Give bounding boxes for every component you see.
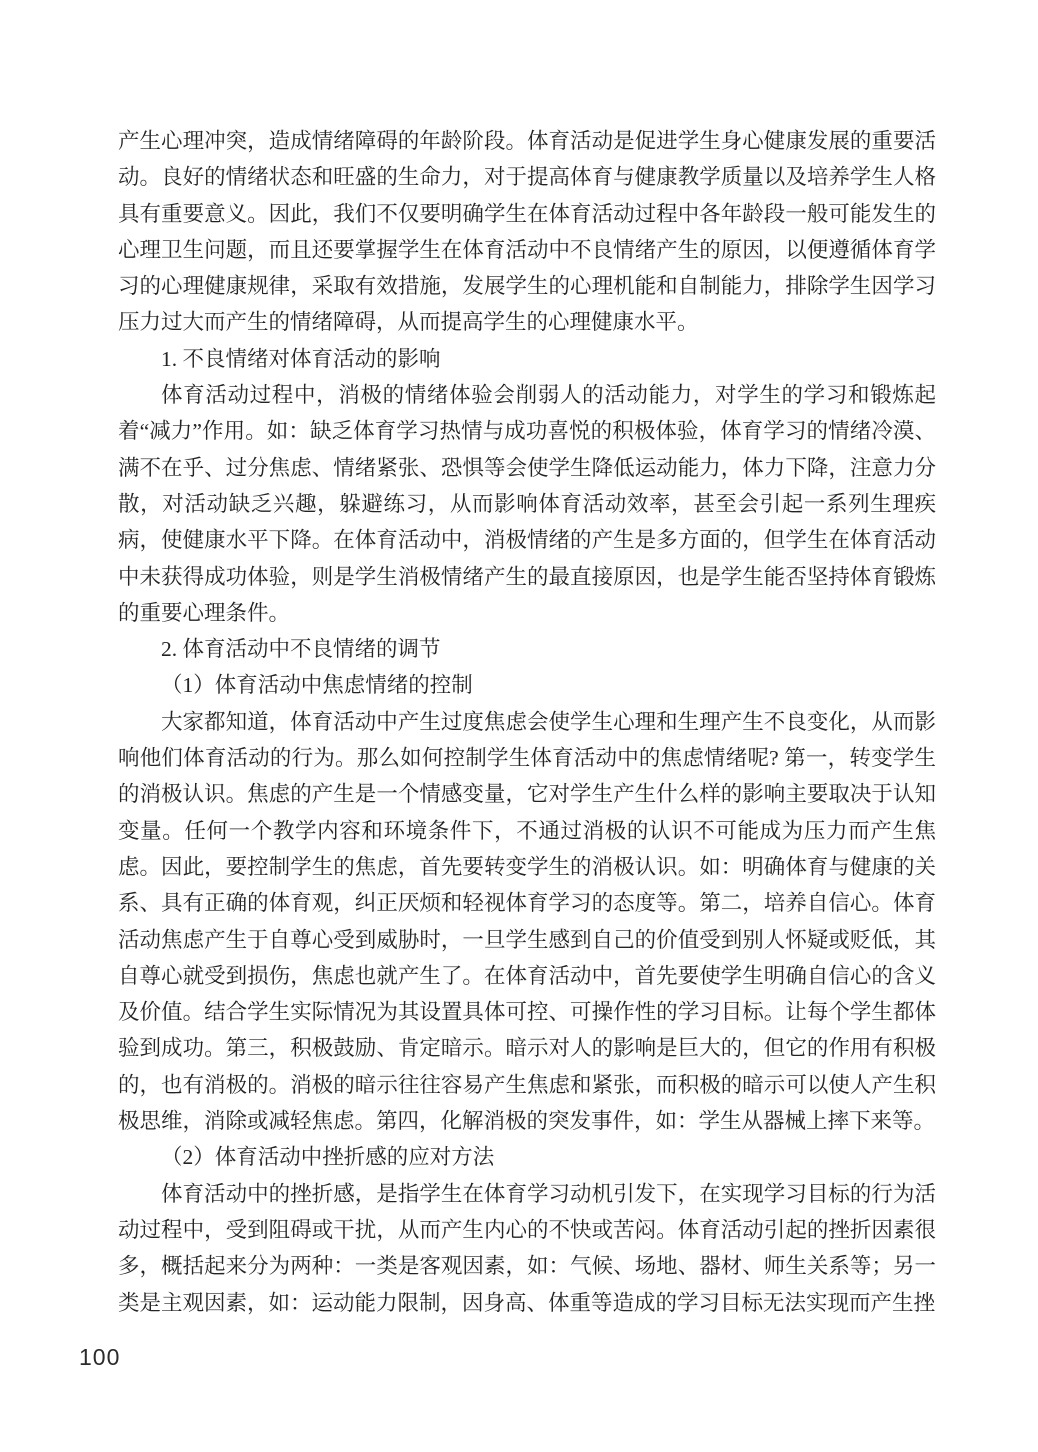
body-paragraph-negative-emotion-effects: 体育活动过程中，消极的情绪体验会削弱人的活动能力，对学生的学习和锻炼起着“减力”… [118, 377, 936, 631]
body-paragraph-frustration: 体育活动中的挫折感，是指学生在体育学习动机引发下，在实现学习目标的行为活动过程中… [118, 1176, 936, 1321]
section-heading-1: 1. 不良情绪对体育活动的影响 [118, 341, 936, 377]
body-paragraph-continuation: 产生心理冲突，造成情绪障碍的年龄阶段。体育活动是促进学生身心健康发展的重要活动。… [118, 123, 936, 341]
subsection-heading-anxiety-control: （1）体育活动中焦虑情绪的控制 [118, 667, 936, 703]
section-heading-2: 2. 体育活动中不良情绪的调节 [118, 631, 936, 667]
page-number: 100 [79, 1344, 120, 1371]
subsection-heading-frustration-coping: （2）体育活动中挫折感的应对方法 [118, 1139, 936, 1175]
text-block: 产生心理冲突，造成情绪障碍的年龄阶段。体育活动是促进学生身心健康发展的重要活动。… [118, 123, 936, 1321]
book-page: 产生心理冲突，造成情绪障碍的年龄阶段。体育活动是促进学生身心健康发展的重要活动。… [0, 0, 1038, 1452]
body-paragraph-anxiety-control: 大家都知道，体育活动中产生过度焦虑会使学生心理和生理产生不良变化，从而影响他们体… [118, 704, 936, 1140]
